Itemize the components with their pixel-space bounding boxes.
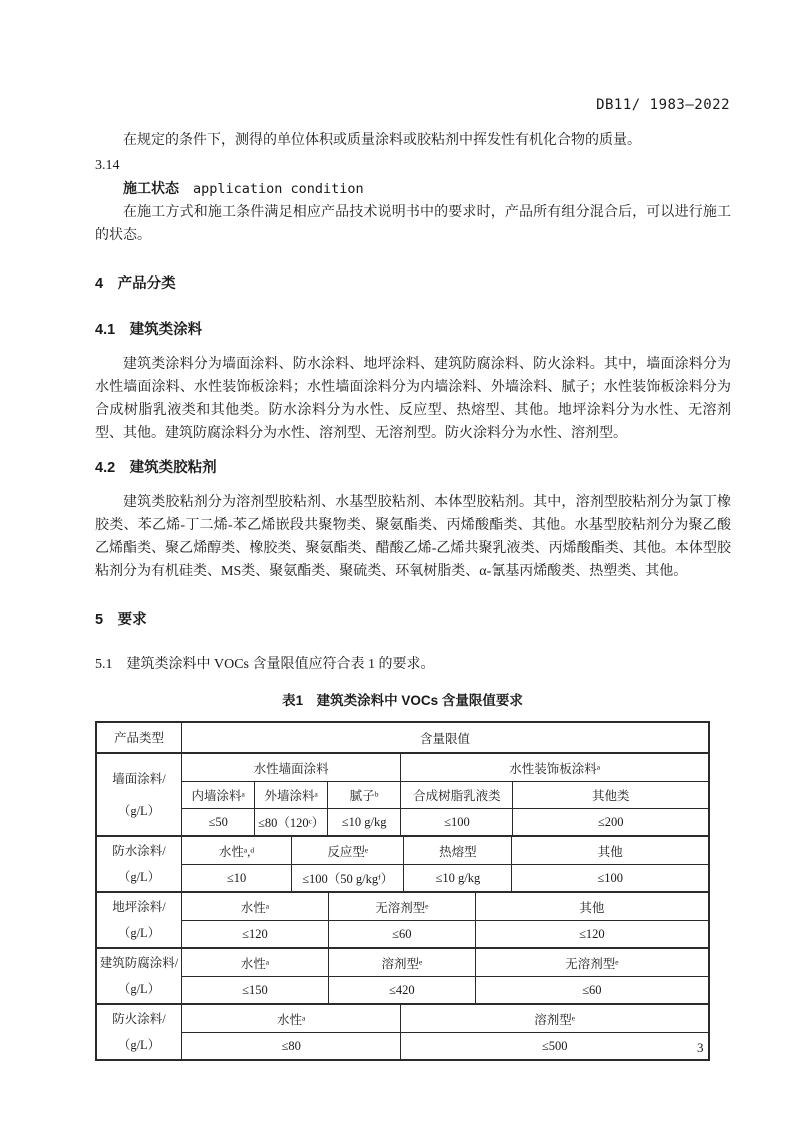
waterproof-grid: 水性ᵃ,ᵈ 反应型ᵉ 热熔型 其他 ≤10 ≤100（50 g/kgᶠ） ≤10… (182, 837, 708, 891)
clause-number-3-14: 3.14 (95, 154, 731, 177)
table-header-cell: 无溶剂型ᵉ (328, 893, 475, 920)
voc-limits-table: 产品类型 含量限值 墙面涂料/ （g/L） 水性墙面涂料 水性装饰板涂料ᵃ 内墙… (95, 721, 710, 1061)
table-value-cell: ≤120 (475, 920, 708, 947)
table-header-cell: 反应型ᵉ (291, 837, 403, 864)
table-header-cell: 其他类 (512, 781, 708, 808)
table-group-floor: 地坪涂料/（g/L） 水性ᵃ 无溶剂型ᵉ 其他 ≤120 ≤60 ≤120 (97, 891, 708, 947)
section-heading-4-2: 4.2 建筑类胶粘剂 (95, 457, 731, 479)
document-page: DB11/ 1983—2022 在规定的条件下，测得的单位体积或质量涂料或胶粘剂… (0, 0, 800, 1131)
table-value-cell: ≤80 (182, 1032, 400, 1059)
table-header-cell: 其他 (511, 837, 708, 864)
table-value-cell: ≤120 (182, 920, 328, 947)
table-value-cell: ≤60 (328, 920, 475, 947)
table-group-waterproof: 防水涂料/（g/L） 水性ᵃ,ᵈ 反应型ᵉ 热熔型 其他 ≤10 ≤100（50… (97, 835, 708, 891)
product-type-header-cell: 产品类型 (97, 723, 182, 752)
table-caption: 表1 建筑类涂料中 VOCs 含量限值要求 (95, 691, 710, 711)
table-header-cell: 腻子ᵇ (327, 781, 400, 808)
table-header-cell: 内墙涂料ᵃ (182, 781, 254, 808)
paragraph-3-14-definition: 在施工方式和施工条件满足相应产品技术说明书中的要求时，产品所有组分混合后，可以进… (95, 201, 731, 247)
table-header-cell: 水性ᵃ,ᵈ (182, 837, 291, 864)
doc-number: DB11/ 1983—2022 (596, 97, 730, 113)
floor-grid: 水性ᵃ 无溶剂型ᵉ 其他 ≤120 ≤60 ≤120 (182, 893, 708, 947)
table-value-cell: ≤80（120ᶜ） (254, 808, 326, 835)
table-value-cell: ≤100（50 g/kgᶠ） (291, 864, 403, 891)
table-header-cell: 外墙涂料ᵃ (254, 781, 326, 808)
section-heading-4: 4 产品分类 (95, 273, 731, 295)
table-value-cell: ≤150 (182, 976, 328, 1003)
table-value-cell: ≤10 g/kg (403, 864, 511, 891)
table-header-cell: 其他 (475, 893, 708, 920)
row-label-waterproof: 防水涂料/（g/L） (97, 837, 182, 891)
table-header-cell: 水性ᵃ (182, 949, 328, 976)
limit-header-cell: 含量限值 (182, 723, 708, 752)
table-value-cell: ≤10 (182, 864, 291, 891)
table-value-cell: ≤60 (475, 976, 708, 1003)
table-header-row: 产品类型 含量限值 (97, 723, 708, 752)
table-header-cell: 无溶剂型ᵉ (475, 949, 708, 976)
paragraph-4-1: 建筑类涂料分为墙面涂料、防水涂料、地坪涂料、建筑防腐涂料、防火涂料。其中，墙面涂… (95, 353, 731, 445)
row-label-floor: 地坪涂料/（g/L） (97, 893, 182, 947)
table-header-cell: 水性装饰板涂料ᵃ (400, 754, 708, 781)
table-value-cell: ≤10 g/kg (327, 808, 400, 835)
section-heading-4-1: 4.1 建筑类涂料 (95, 319, 731, 341)
table-group-wall-paint: 墙面涂料/ （g/L） 水性墙面涂料 水性装饰板涂料ᵃ 内墙涂料ᵃ 外墙涂料ᵃ … (97, 752, 708, 835)
wall-paint-grid: 水性墙面涂料 水性装饰板涂料ᵃ 内墙涂料ᵃ 外墙涂料ᵃ 腻子ᵇ 合成树脂乳液类 … (182, 754, 708, 835)
table-header-cell: 水性ᵃ (182, 1005, 400, 1032)
paragraph-3-13-definition: 在规定的条件下，测得的单位体积或质量涂料或胶粘剂中挥发性有机化合物的质量。 (95, 129, 731, 152)
table-header-cell: 溶剂型ᵉ (328, 949, 475, 976)
page-number: 3 (697, 1040, 704, 1056)
clause-5-1: 5.1 建筑类涂料中 VOCs 含量限值应符合表 1 的要求。 (95, 653, 731, 676)
section-heading-5: 5 要求 (95, 609, 731, 631)
term-en: application condition (193, 181, 364, 197)
table-header-cell: 热熔型 (403, 837, 511, 864)
term-zh: 施工状态 (123, 180, 179, 196)
table-group-anticorrosive: 建筑防腐涂料/ （g/L） 水性ᵃ 溶剂型ᵉ 无溶剂型ᵉ ≤150 ≤420 ≤… (97, 947, 708, 1003)
table-header-cell: 溶剂型ᵉ (400, 1005, 708, 1032)
table-value-cell: ≤100 (511, 864, 708, 891)
page-content: 在规定的条件下，测得的单位体积或质量涂料或胶粘剂中挥发性有机化合物的质量。 3.… (95, 129, 731, 1061)
fireproof-grid: 水性ᵃ 溶剂型ᵉ ≤80 ≤500 (182, 1005, 708, 1059)
table-header-cell: 合成树脂乳液类 (400, 781, 512, 808)
paragraph-4-2: 建筑类胶粘剂分为溶剂型胶粘剂、水基型胶粘剂、本体型胶粘剂。其中，溶剂型胶粘剂分为… (95, 491, 731, 583)
table-value-cell: ≤50 (182, 808, 254, 835)
anticorrosive-grid: 水性ᵃ 溶剂型ᵉ 无溶剂型ᵉ ≤150 ≤420 ≤60 (182, 949, 708, 1003)
table-value-cell: ≤200 (512, 808, 708, 835)
table-header-cell: 水性墙面涂料 (182, 754, 400, 781)
clause-3-14-term-line: 施工状态application condition (95, 177, 731, 201)
row-label-fireproof: 防火涂料/（g/L） (97, 1005, 182, 1059)
table-value-cell: ≤100 (400, 808, 512, 835)
table-group-fireproof: 防火涂料/（g/L） 水性ᵃ 溶剂型ᵉ ≤80 ≤500 (97, 1003, 708, 1059)
row-label-anticorrosive: 建筑防腐涂料/ （g/L） (97, 949, 182, 1003)
row-label-wall-paint: 墙面涂料/ （g/L） (97, 754, 182, 835)
table-value-cell: ≤500 (400, 1032, 708, 1059)
table-header-cell: 水性ᵃ (182, 893, 328, 920)
table-value-cell: ≤420 (328, 976, 475, 1003)
